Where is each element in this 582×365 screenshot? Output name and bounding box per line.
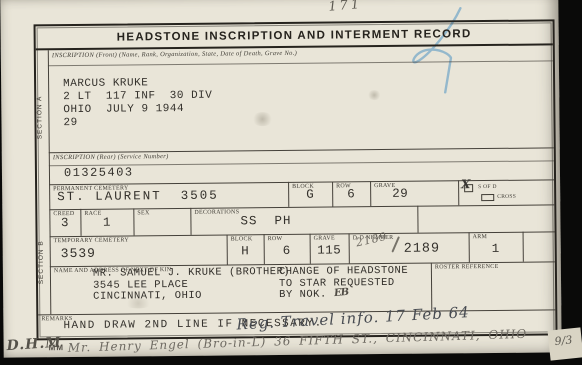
form-grid: HEADSTONE INSCRIPTION AND INTERMENT RECO… xyxy=(34,19,558,340)
inscription-front-label: INSCRIPTION (Front) (Name, Rank, Organiz… xyxy=(52,50,297,59)
decorations-label: DECORATIONS xyxy=(194,209,239,215)
corner-number: 9/3 xyxy=(554,333,573,348)
perm-grave-value: 29 xyxy=(370,187,430,202)
service-number-value: 01325403 xyxy=(64,165,134,180)
perm-block-value: G xyxy=(288,188,332,202)
inscription-line: MARCUS KRUKE xyxy=(63,77,148,90)
grid-line xyxy=(349,233,350,263)
arm-value: 1 xyxy=(469,242,523,257)
arm-label: ARM xyxy=(473,234,488,240)
next-of-kin-value: MR. SAMUEL J. KRUKE (BROTHER) 3545 LEE P… xyxy=(93,267,291,303)
inscription-line: OHIO JULY 9 1944 xyxy=(63,103,184,116)
bottom-initials-small: MM xyxy=(49,343,64,352)
race-value: 1 xyxy=(80,215,133,230)
temporary-cemetery-label: TEMPORARY CEMETERY xyxy=(54,237,129,244)
cross-checkbox xyxy=(481,194,494,201)
note-initials-scribble: EB xyxy=(334,287,349,299)
grid-line xyxy=(417,206,418,233)
inscription-line: 29 xyxy=(63,117,77,129)
star-of-david-x-mark: X xyxy=(461,177,470,191)
star-of-david-label: S OF D xyxy=(478,184,497,190)
temp-row-label: ROW xyxy=(268,236,283,242)
cross-label: CROSS xyxy=(497,194,516,200)
grid-line xyxy=(431,263,432,311)
grid-line xyxy=(190,208,191,235)
section-b-label: SECTION B xyxy=(37,209,50,314)
note-line: BY NOK. xyxy=(279,289,327,301)
temp-block-label: BLOCK xyxy=(231,236,253,242)
nok-line: MR. SAMUEL J. KRUKE (BROTHER) xyxy=(93,266,290,280)
sex-label: SEX xyxy=(137,210,149,216)
inscription-front-value: MARCUS KRUKE 2 LT 117 INF 30 DIV OHIO JU… xyxy=(63,77,213,130)
temp-block-value: H xyxy=(227,244,264,258)
nok-line: CINCINNATI, OHIO xyxy=(93,290,202,303)
inscription-rear-label: INSCRIPTION (Rear) (Service Number) xyxy=(53,153,169,161)
top-page-number: 171 xyxy=(328,0,363,15)
grid-line xyxy=(48,60,553,66)
record-card: 171 HEADSTONE INSCRIPTION AND INTERMENT … xyxy=(0,0,561,358)
grid-line xyxy=(523,232,524,262)
grid-line xyxy=(49,204,554,210)
temp-row-value: 6 xyxy=(264,244,310,258)
section-a-label: SECTION A xyxy=(36,50,49,184)
perm-row-value: 6 xyxy=(332,187,370,201)
roster-reference-label: ROSTER REFERENCE xyxy=(435,264,499,271)
decorations-value: SS PH xyxy=(240,214,291,228)
grid-line xyxy=(133,208,134,235)
permanent-cemetery-value: ST. LAURENT 3505 xyxy=(57,189,219,205)
photo-background: 171 HEADSTONE INSCRIPTION AND INTERMENT … xyxy=(0,0,582,365)
grid-line xyxy=(458,180,459,205)
corner-paper-patch: 9/3 xyxy=(548,327,582,360)
grid-line xyxy=(49,147,554,153)
temporary-cemetery-value: 3539 xyxy=(61,246,96,261)
inscription-line: 2 LT 117 INF 30 DIV xyxy=(63,90,212,103)
form-title: HEADSTONE INSCRIPTION AND INTERMENT RECO… xyxy=(36,21,553,50)
dd-number-value: 2189 xyxy=(404,241,441,256)
creed-value: 3 xyxy=(49,216,80,230)
temp-grave-label: GRAVE xyxy=(314,235,335,241)
temp-grave-value: 115 xyxy=(310,243,349,257)
